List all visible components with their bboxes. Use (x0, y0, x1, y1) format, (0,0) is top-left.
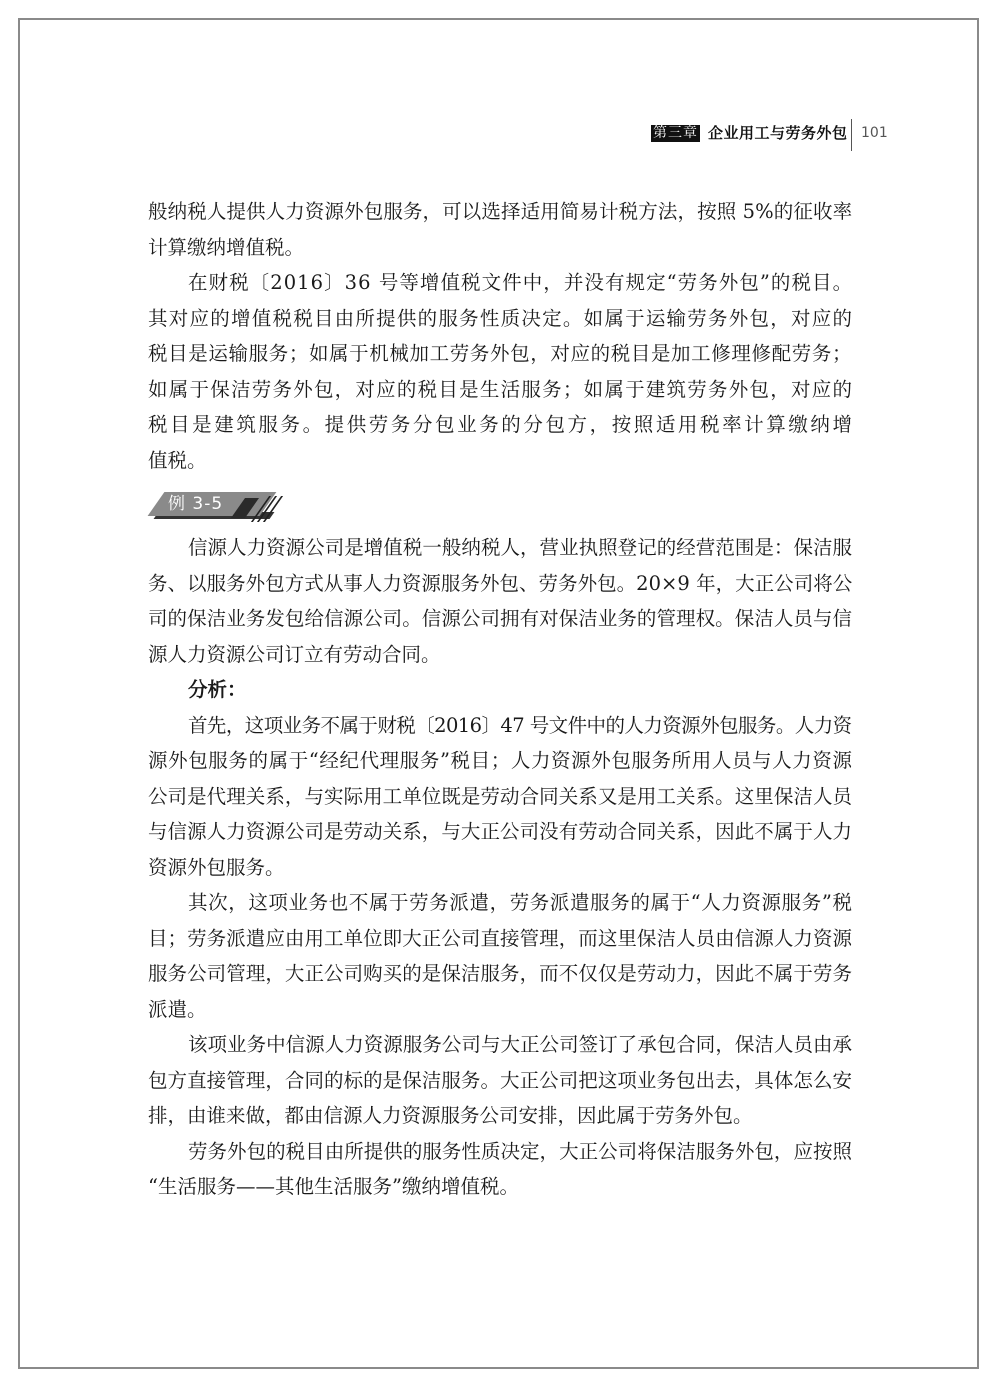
paragraph-line: 税目是建筑服务。提供劳务分包业务的分包方，按照适用税率计算缴纳增 (148, 407, 852, 443)
paragraph-line: 信源人力资源公司是增值税一般纳税人，营业执照登记的经营范围是：保洁服 (148, 530, 852, 566)
paragraph-line: 其次，这项业务也不属于劳务派遣，劳务派遣服务的属于“人力资源服务”税 (148, 885, 852, 921)
paragraph-line: 计算缴纳增值税。 (148, 230, 852, 266)
paragraph-line: 源人力资源公司订立有劳动合同。 (148, 637, 852, 673)
paragraph-line: 排，由谁来做，都由信源人力资源服务公司安排，因此属于劳务外包。 (148, 1098, 852, 1134)
paragraph-line: 其对应的增值税税目由所提供的服务性质决定。如属于运输劳务外包，对应的 (148, 301, 852, 337)
paragraph-line: 资源外包服务。 (148, 850, 852, 886)
paragraph-line: 般纳税人提供人力资源外包服务，可以选择适用简易计税方法，按照 5%的征收率 (148, 194, 852, 230)
paragraph-line: 如属于保洁劳务外包，对应的税目是生活服务；如属于建筑劳务外包，对应的 (148, 372, 852, 408)
paragraph-line: 劳务外包的税目由所提供的服务性质决定，大正公司将保洁服务外包，应按照 (148, 1134, 852, 1170)
paragraph-line: 派遣。 (148, 992, 852, 1028)
paragraph-line: 司的保洁业务发包给信源公司。信源公司拥有对保洁业务的管理权。保洁人员与信 (148, 601, 852, 637)
running-head: 第三章 企业用工与劳务外包 101 (0, 121, 1000, 151)
example-tag: 例 3-5 (150, 490, 290, 524)
paragraph-line: “生活服务——其他生活服务”缴纳增值税。 (148, 1169, 852, 1205)
paragraph-line: 与信源人力资源公司是劳动关系，与大正公司没有劳动合同关系，因此不属于人力 (148, 814, 852, 850)
paragraph-line: 值税。 (148, 443, 852, 479)
intro-section: 般纳税人提供人力资源外包服务，可以选择适用简易计税方法，按照 5%的征收率 计算… (148, 194, 852, 478)
paragraph-line: 服务公司管理，大正公司购买的是保洁服务，而不仅仅是劳动力，因此不属于劳务 (148, 956, 852, 992)
paragraph-line: 该项业务中信源人力资源服务公司与大正公司签订了承包合同，保洁人员由承 (148, 1027, 852, 1063)
paragraph-line: 目；劳务派遣应由用工单位即大正公司直接管理，而这里保洁人员由信源人力资源 (148, 921, 852, 957)
analysis-heading: 分析： (148, 672, 852, 708)
paragraph-line: 包方直接管理，合同的标的是保洁服务。大正公司把这项业务包出去，具体怎么安 (148, 1063, 852, 1099)
page-number: 101 (861, 124, 888, 142)
example-label: 例 3-5 (168, 492, 223, 516)
paragraph-line: 税目是运输服务；如属于机械加工劳务外包，对应的税目是加工修理修配劳务； (148, 336, 852, 372)
chapter-title: 企业用工与劳务外包 (708, 123, 848, 143)
example-case: 信源人力资源公司是增值税一般纳税人，营业执照登记的经营范围是：保洁服 务、以服务… (148, 530, 852, 1205)
paragraph-line: 务、以服务外包方式从事人力资源服务外包、劳务外包。20×9 年，大正公司将公 (148, 566, 852, 602)
paragraph-line: 源外包服务的属于“经纪代理服务”税目；人力资源外包服务所用人员与人力资源 (148, 743, 852, 779)
header-divider (851, 119, 852, 151)
paragraph-line: 公司是代理关系，与实际用工单位既是劳动合同关系又是用工关系。这里保洁人员 (148, 779, 852, 815)
chapter-badge: 第三章 (651, 125, 700, 142)
paragraph-line: 首先，这项业务不属于财税〔2016〕47 号文件中的人力资源外包服务。人力资 (148, 708, 852, 744)
paragraph-line: 在财税〔2016〕36 号等增值税文件中，并没有规定“劳务外包”的税目。 (148, 265, 852, 301)
